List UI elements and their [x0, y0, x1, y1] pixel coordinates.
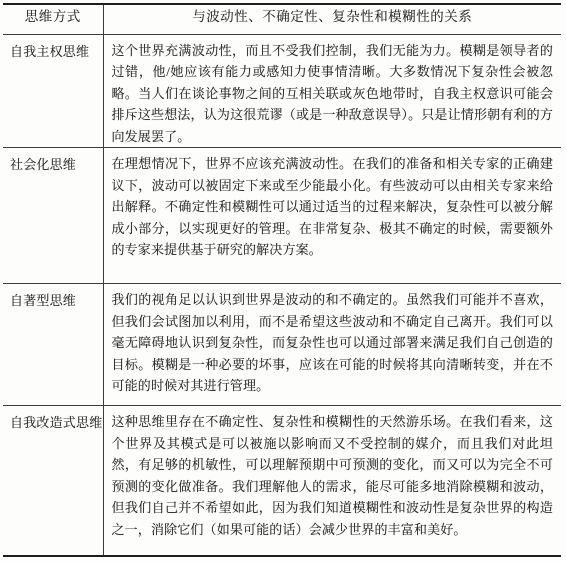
- row-label-self-sovereign-mind: 自我主权思维: [3, 34, 103, 148]
- row-description: 在理想情况下，世界不应该充满波动性。在我们的准备和相关专家的正确建议下，波动可以…: [103, 148, 561, 284]
- row-description: 这种思维里存在不确定性、复杂性和模糊性的天然游乐场。在我们看来，这个世界及其模式…: [103, 406, 561, 556]
- table-row: 自我改造式思维 这种思维里存在不确定性、复杂性和模糊性的天然游乐场。在我们看来，…: [3, 406, 561, 556]
- row-description: 这个世界充满波动性，而且不受我们控制，我们无能为力。模糊是领导者的过错，他/她应…: [103, 34, 561, 148]
- scanned-document-page: 思维方式 与波动性、不确定性、复杂性和模糊性的关系 自我主权思维 这个世界充满波…: [0, 0, 566, 561]
- table-row: 社会化思维 在理想情况下，世界不应该充满波动性。在我们的准备和相关专家的正确建议…: [3, 148, 561, 284]
- row-label-socialized-mind: 社会化思维: [3, 148, 103, 284]
- row-label-self-transforming-mind: 自我改造式思维: [3, 406, 103, 556]
- table-header-row: 思维方式 与波动性、不确定性、复杂性和模糊性的关系: [3, 4, 561, 34]
- table-row: 自著型思维 我们的视角足以认识到世界是波动的和不确定的。虽然我们可能并不喜欢，但…: [3, 284, 561, 406]
- thinking-modes-table: 思维方式 与波动性、不确定性、复杂性和模糊性的关系 自我主权思维 这个世界充满波…: [3, 3, 561, 557]
- header-vuca-relation: 与波动性、不确定性、复杂性和模糊性的关系: [103, 4, 561, 34]
- row-description: 我们的视角足以认识到世界是波动的和不确定的。虽然我们可能并不喜欢，但我们会试图加…: [103, 284, 561, 406]
- header-thinking-mode: 思维方式: [3, 4, 103, 34]
- row-label-self-authoring-mind: 自著型思维: [3, 284, 103, 406]
- table-row: 自我主权思维 这个世界充满波动性，而且不受我们控制，我们无能为力。模糊是领导者的…: [3, 34, 561, 148]
